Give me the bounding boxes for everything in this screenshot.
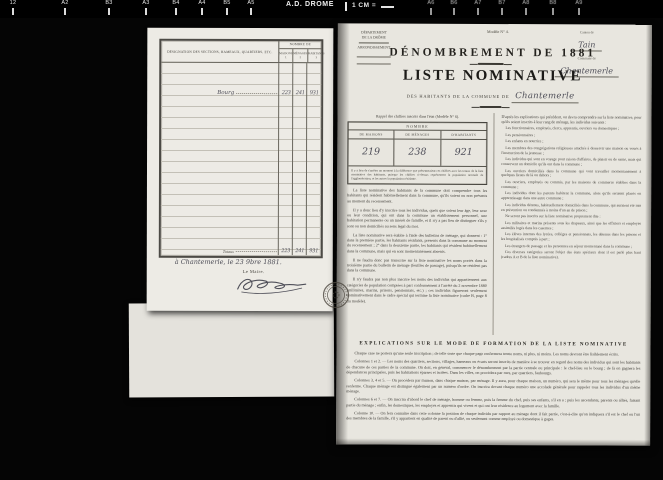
scale-dash-icon (381, 6, 394, 8)
blank-line (357, 60, 391, 64)
total-maisons: 223 (279, 248, 293, 254)
ruler-tick (578, 8, 580, 15)
instruction-paragraph: La liste nominative sera établie à l'aid… (347, 232, 487, 254)
ruler-tick (250, 8, 252, 15)
column-group-nombre: NOMBRE DE MAISONS1 MÉNAGES2 HABITANTS3 (279, 41, 321, 62)
ruler-tick (226, 8, 228, 15)
ruler-mark-label: B3 (99, 0, 119, 7)
ruler-mark: B7 (492, 0, 512, 15)
sub-header-number: 2 (300, 56, 301, 59)
ruler-mark: 12 (3, 0, 23, 15)
menages-value: 241 (293, 90, 307, 96)
ruler-tick (453, 8, 455, 15)
sections-summary-table: DÉSIGNATION DES SECTIONS, HAMEAUX, QUART… (159, 39, 324, 258)
habitants-value: 931 (307, 90, 321, 96)
group-header: NOMBRE DE (279, 41, 321, 49)
ruler-tick (12, 8, 14, 15)
instruction-paragraph: La liste nominative des habitants de la … (347, 187, 487, 204)
explanations-heading: EXPLICATIONS SUR LE MODE DE FORMATION DE… (347, 340, 641, 347)
instruction-paragraph: Il y a donc lieu d'y inscrire tous les i… (347, 207, 487, 229)
ruler-tick (64, 8, 66, 15)
liste-nominative-page: DÉPARTEMENT DE LA DRÔME ARRONDISSEMENT M… (336, 23, 652, 445)
microfilm-ruler: 12 A2 B3 A3 B4 A4 B5 A5 A.D. DROME 1 CM … (0, 0, 663, 18)
dotted-leader (236, 92, 277, 94)
recap-habitants-value: 921 (441, 140, 486, 166)
ruler-mark-label: B7 (492, 0, 512, 7)
sub-header-number: 3 (316, 56, 317, 59)
sub-header-number: 1 (285, 56, 286, 59)
model-number-label: Modèle N° 4. (458, 29, 538, 34)
table-body: Bourg 223 241 931 Totaux 223 241 931 (161, 63, 322, 255)
ruler-mark-label: B5 (217, 0, 237, 7)
ruler-mark-label: A9 (569, 0, 589, 7)
total-label: Totaux (161, 249, 234, 254)
ruler-mark: B8 (543, 0, 563, 15)
right-column: D'après les explications qui précèdent, … (494, 113, 644, 336)
explanation-paragraph: Colonnes 3, 4 et 5. — On procédera par m… (346, 377, 640, 395)
ruler-mark: B4 (166, 0, 186, 15)
scale-label: 1 CM = (352, 2, 376, 9)
explanation-paragraph: Chaque case ne portera qu'une seule insc… (346, 350, 640, 357)
ruler-mark: B5 (217, 0, 237, 15)
left-column: Rappel des chiffres inscrits dans l'état… (345, 112, 494, 335)
ruler-mark: A8 (516, 0, 536, 15)
ruler-mark: B6 (444, 0, 464, 15)
ruler-tick (430, 8, 432, 15)
list-item: Les individus dont les parents habitent … (501, 191, 641, 201)
list-item: Les ouvriers domiciliés dans la commune … (501, 169, 641, 179)
list-item: Ces diverses catégories seront l'objet d… (501, 250, 641, 260)
recap-header-habitants: D'HABITANTS (441, 131, 486, 139)
instruction-paragraph: Il n'y faudra pas non plus inscrire les … (347, 277, 487, 304)
column-header-menages: MÉNAGES2 (293, 49, 308, 62)
ruler-mark: A6 (421, 0, 441, 15)
list-item: Les militaires et marins présents sous l… (501, 221, 641, 231)
ruler-tick (201, 8, 203, 15)
recap-menages-value: 238 (395, 140, 441, 166)
ruler-mark-label: A7 (468, 0, 488, 7)
list-item: Les fonctionnaires, employés, clercs, ap… (501, 126, 641, 132)
explanations-section: EXPLICATIONS SUR LE MODE DE FORMATION DE… (346, 340, 640, 437)
recap-values-row: 219 238 921 (348, 139, 486, 167)
explanation-paragraph: Colonne 10. — On fera connaître dans cet… (346, 410, 640, 422)
ruler-mark: A7 (468, 0, 488, 15)
scale-bar-icon (344, 2, 347, 11)
table-header: DÉSIGNATION DES SECTIONS, HAMEAUX, QUART… (161, 41, 321, 63)
microfilm-scan-stage: 12 A2 B3 A3 B4 A4 B5 A5 A.D. DROME 1 CM … (0, 0, 663, 480)
ruler-mark-label: A5 (241, 0, 261, 7)
department-name: DE LA DRÔME (347, 35, 401, 40)
column-header-designation: DÉSIGNATION DES SECTIONS, HAMEAUX, QUART… (161, 41, 279, 62)
ruler-tick (145, 8, 147, 15)
column-header-maisons: MAISONS1 (279, 49, 293, 62)
list-item: Les membres des congrégations religieuse… (501, 146, 641, 156)
ruler-mark: A3 (136, 0, 156, 15)
ruler-tick (175, 8, 177, 15)
left-document-back-sheet (129, 302, 334, 397)
recap-header-maisons: DE MAISONS (348, 130, 394, 138)
dotted-leader (236, 250, 277, 252)
canton-label: Canton de (532, 30, 642, 34)
table-row: Bourg 223 241 931 (161, 85, 321, 96)
sub-headers: MAISONS1 MÉNAGES2 HABITANTS3 (279, 49, 321, 62)
two-column-body: Rappel des chiffres inscrits dans l'état… (345, 112, 644, 335)
table-total-row: Totaux 223 241 931 (161, 243, 321, 254)
ruler-mark-label: A6 (421, 0, 441, 7)
explanation-paragraph: Colonnes 6 et 7. — On inscrira d'abord l… (346, 396, 640, 408)
column-header-habitants: HABITANTS3 (308, 49, 324, 62)
page-title: LISTE NOMINATIVE (358, 67, 628, 85)
ruler-mark-label: B8 (543, 0, 563, 7)
recap-caption: Rappel des chiffres inscrits dans l'état… (350, 114, 486, 119)
ruler-mark-label: A2 (55, 0, 75, 7)
list-item: Les individus qui sont en voyage pour ra… (501, 157, 641, 167)
recap-table: NOMBRE DE MAISONS DE MÉNAGES D'HABITANTS… (347, 121, 487, 184)
ruler-tick (108, 8, 110, 15)
total-menages: 241 (293, 248, 307, 254)
list-item: Ne seront pas inscrits sur la liste nomi… (501, 214, 641, 220)
list-item: Les ouvriers, employés ou commis, par le… (501, 180, 641, 190)
archive-stamp-icon (321, 280, 351, 310)
ruler-mark-label: B6 (444, 0, 464, 7)
place-date-line: à Chantemerle, le 23 9bre 1881. (175, 258, 325, 266)
page-bottom-edge-shadow (336, 438, 650, 445)
list-item: Les étrangers de passage et les personne… (501, 244, 641, 250)
ruler-mark: A2 (55, 0, 75, 15)
page-right-edge-shadow (644, 25, 652, 446)
list-item: Les pensionnaires ; (501, 133, 641, 139)
subheading: DES HABITANTS DE LA COMMUNE DE Chantemer… (348, 90, 638, 101)
ruler-mark: B3 (99, 0, 119, 15)
explanation-paragraph: Colonnes 1 et 2. — Les noms des quartier… (346, 358, 640, 376)
recap-maisons-value: 219 (348, 139, 394, 165)
ruler-mark: A4 (192, 0, 212, 15)
list-item: Les enfants en nourrice ; (501, 139, 641, 145)
ruler-mark-label: A8 (516, 0, 536, 7)
census-title: DÉNOMBREMENT DE 1881 (358, 46, 628, 59)
ruler-mark-label: A4 (192, 0, 212, 7)
mayor-signature (232, 273, 310, 297)
recap-note: Il y a lieu de s'arrêter un moment à la … (348, 166, 486, 183)
ruler-mark: A9 (569, 0, 589, 15)
list-item: Les élèves internes des lycées, collèges… (501, 232, 641, 242)
ruler-mark-label: A3 (136, 0, 156, 7)
ruler-tick (477, 8, 479, 15)
archive-name-label: A.D. DROME (286, 1, 334, 8)
list-item: Les individus détenus, habituellement do… (501, 203, 641, 213)
ornament-rule (478, 63, 504, 65)
instruction-paragraph: Il ne faudra donc pas transcrire sur la … (347, 257, 487, 274)
ornament-rule (480, 106, 502, 108)
divider (359, 42, 389, 43)
ruler-tick (501, 8, 503, 15)
subheading-commune-value: Chantemerle (511, 91, 578, 103)
ruler-mark: A5 (241, 0, 261, 15)
left-document-summary-sheet: DÉSIGNATION DES SECTIONS, HAMEAUX, QUART… (147, 28, 334, 311)
subheading-label: DES HABITANTS DE LA COMMUNE DE (407, 94, 510, 99)
ruler-mark-label: 12 (3, 0, 23, 7)
list-intro: D'après les explications qui précèdent, … (501, 114, 641, 125)
recap-header-menages: DE MÉNAGES (395, 131, 441, 139)
ruler-tick (552, 8, 554, 15)
maisons-value: 223 (279, 90, 293, 96)
total-habitants: 931 (307, 248, 321, 254)
row-label: Bourg (161, 90, 234, 96)
ruler-tick (525, 8, 527, 15)
ruler-mark-label: B4 (166, 0, 186, 7)
